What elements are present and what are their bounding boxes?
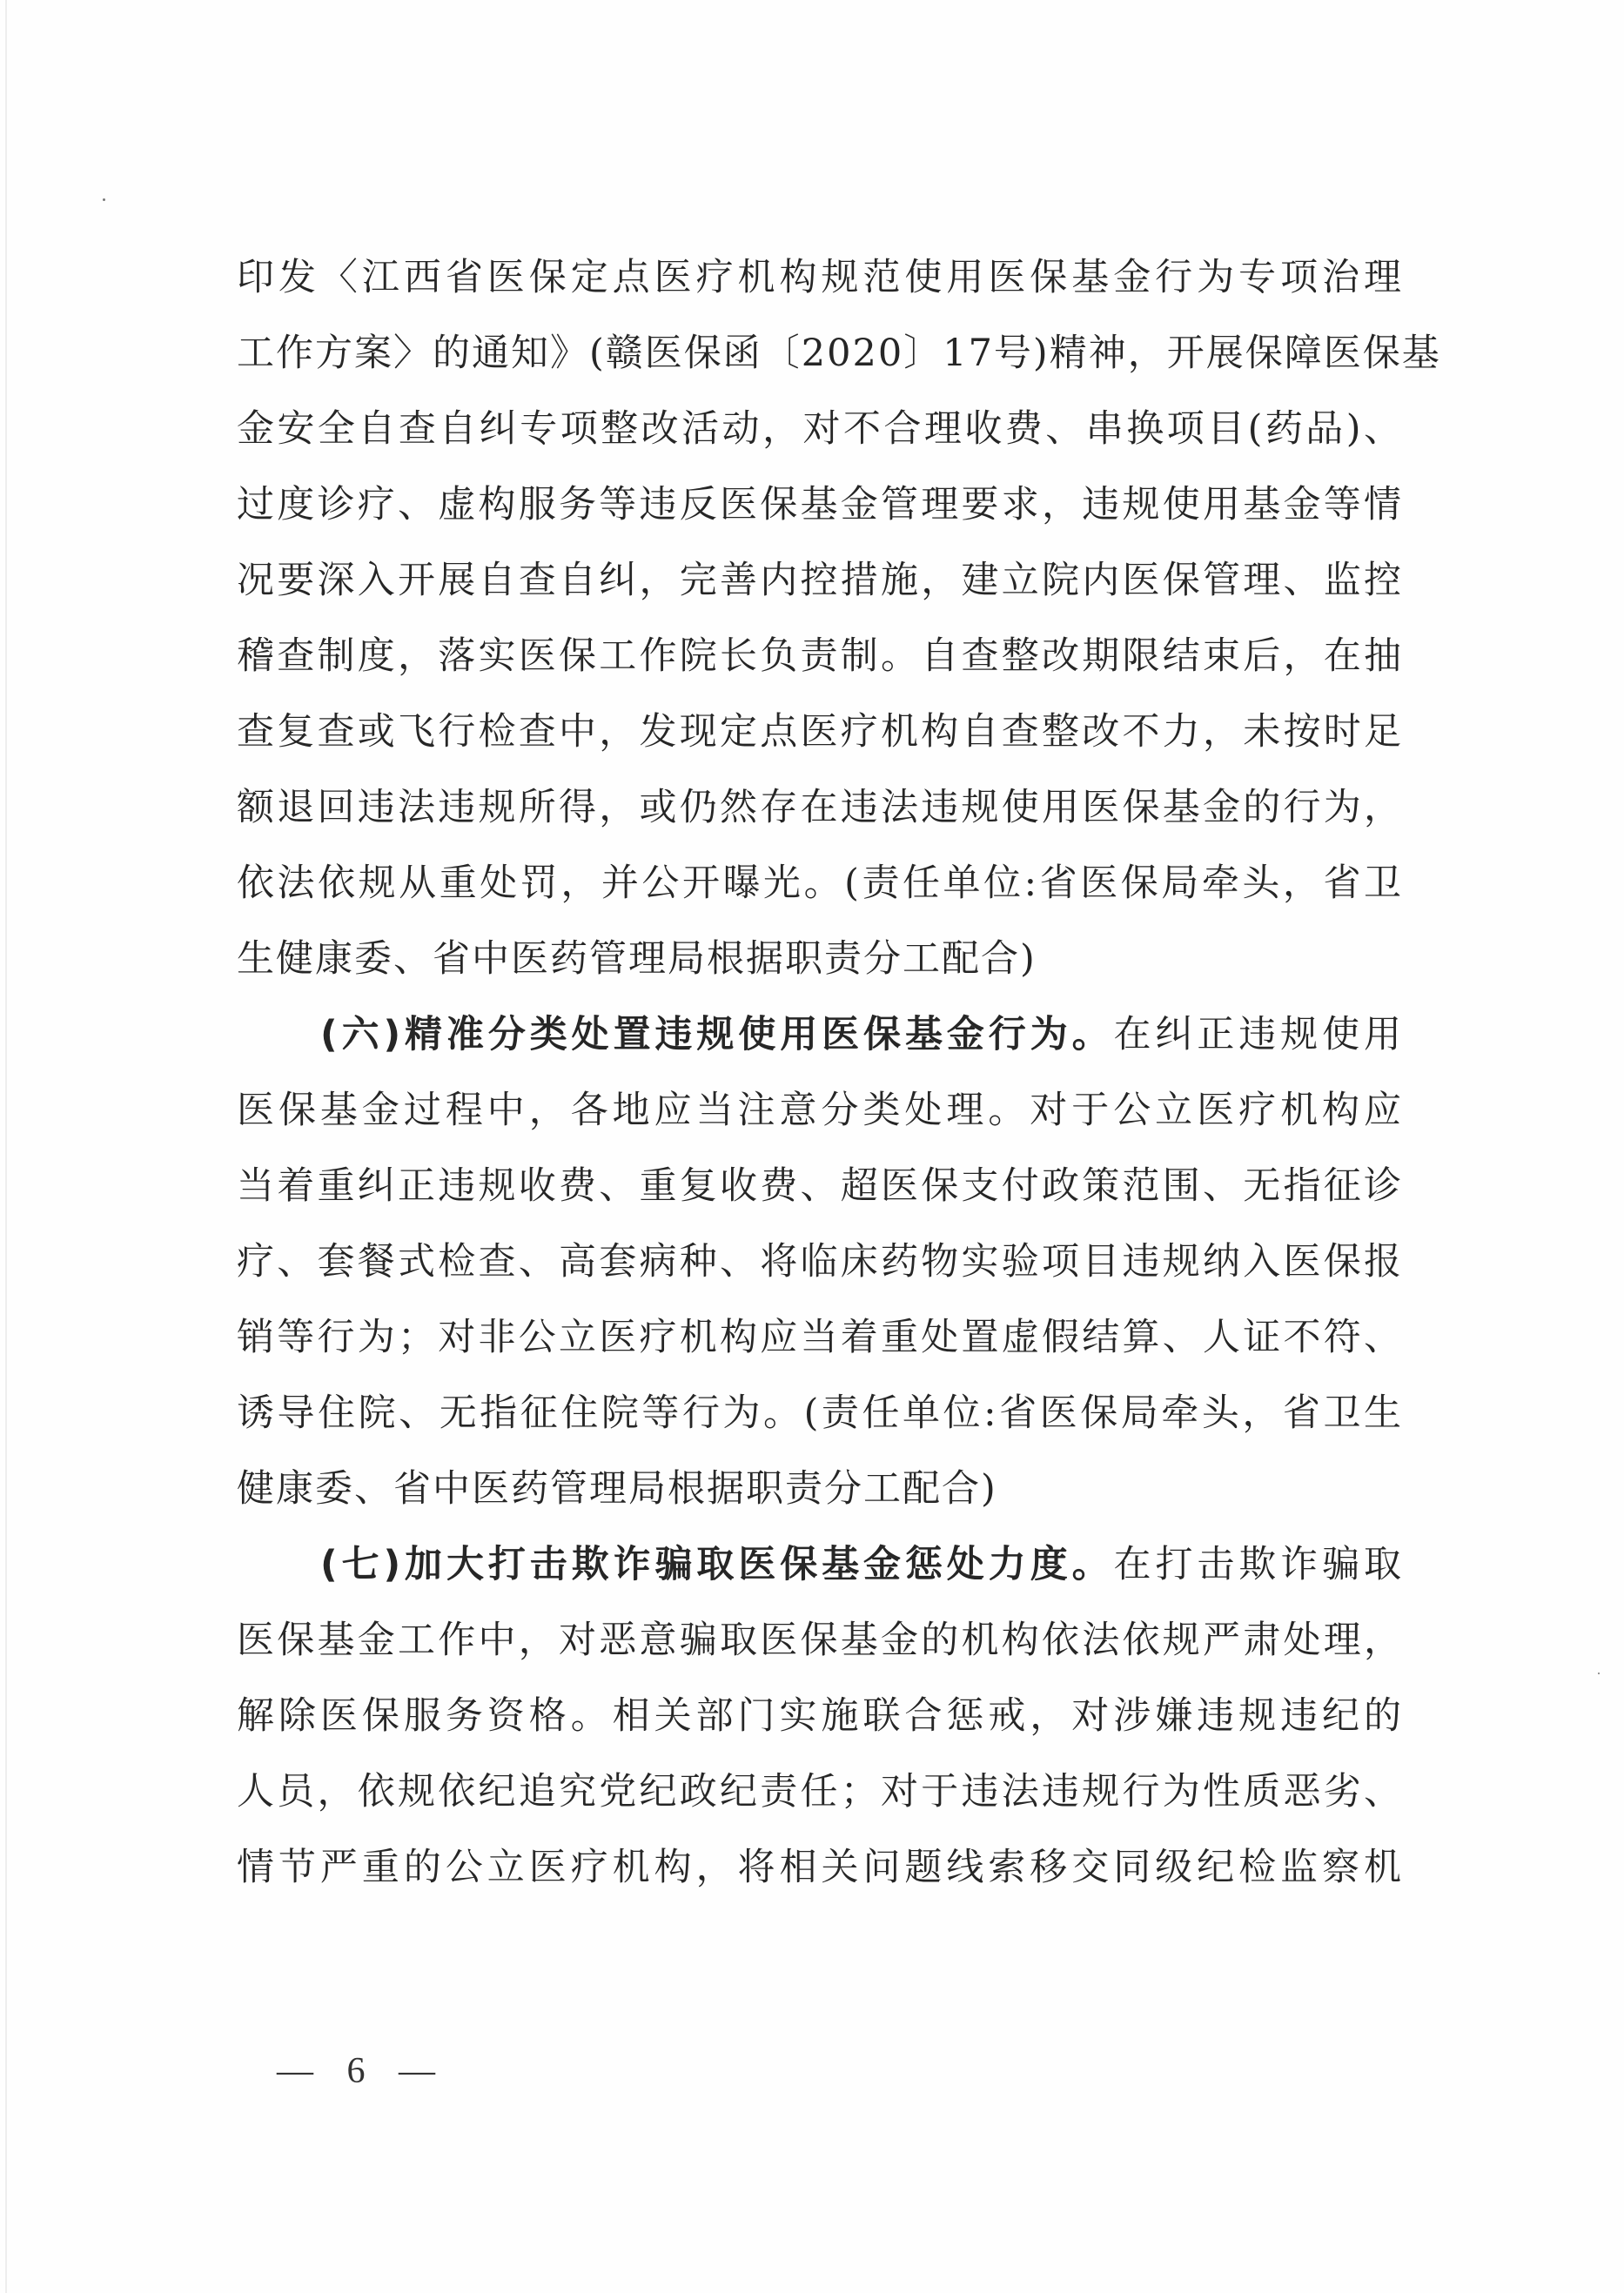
text-line: 健康委、省中医药管理局根据职责分工配合) <box>237 1452 1403 1527</box>
paragraph-six: (六)精准分类处置违规使用医保基金行为。在纠正违规使用 医保基金过程中，各地应当… <box>237 997 1403 1527</box>
text-line: 况要深入开展自查自纠，完善内控措施，建立院内医保管理、监控 <box>237 543 1403 619</box>
paragraph-continuation: 印发〈江西省医保定点医疗机构规范使用医保基金行为专项治理 工作方案〉的通知》(赣… <box>237 240 1403 997</box>
text-line: 解除医保服务资格。相关部门实施联合惩戒，对涉嫌违规违纪的 <box>237 1679 1403 1754</box>
text-line: 依法依规从重处罚，并公开曝光。(责任单位:省医保局牵头，省卫 <box>237 846 1403 922</box>
document-page: 印发〈江西省医保定点医疗机构规范使用医保基金行为专项治理 工作方案〉的通知》(赣… <box>0 0 1624 2293</box>
document-body: 印发〈江西省医保定点医疗机构规范使用医保基金行为专项治理 工作方案〉的通知》(赣… <box>237 240 1403 1906</box>
text-line: 情节严重的公立医疗机构，将相关问题线索移交同级纪检监察机 <box>237 1830 1403 1906</box>
page-number: — 6 — <box>277 2050 447 2092</box>
text-line: 疗、套餐式检查、高套病种、将临床药物实验项目违规纳入医保报 <box>237 1224 1403 1300</box>
section-heading-line: (七)加大打击欺诈骗取医保基金惩处力度。在打击欺诈骗取 <box>237 1527 1403 1603</box>
text-line: 过度诊疗、虚构服务等违反医保基金管理要求，违规使用基金等情 <box>237 467 1403 543</box>
text-line: 工作方案〉的通知》(赣医保函〔2020〕17号)精神，开展保障医保基 <box>237 316 1403 392</box>
text-line: 销等行为；对非公立医疗机构应当着重处置虚假结算、人证不符、 <box>237 1300 1403 1376</box>
section-heading-six: (六)精准分类处置违规使用医保基金行为。 <box>320 1013 1114 1056</box>
scan-speck <box>1598 1673 1600 1674</box>
scan-speck <box>103 198 105 201</box>
text-line: 医保基金工作中，对恶意骗取医保基金的机构依法依规严肃处理， <box>237 1603 1403 1679</box>
section-heading-seven: (七)加大打击欺诈骗取医保基金惩处力度。 <box>320 1543 1114 1586</box>
text-run: 在打击欺诈骗取 <box>1114 1543 1403 1586</box>
text-line: 印发〈江西省医保定点医疗机构规范使用医保基金行为专项治理 <box>237 240 1403 316</box>
text-run: 在纠正违规使用 <box>1114 1013 1403 1056</box>
text-line: 稽查制度，落实医保工作院长负责制。自查整改期限结束后，在抽 <box>237 619 1403 694</box>
text-line: 当着重纠正违规收费、重复收费、超医保支付政策范围、无指征诊 <box>237 1149 1403 1224</box>
scan-edge-shadow <box>5 0 7 2293</box>
text-line: 查复查或飞行检查中，发现定点医疗机构自查整改不力，未按时足 <box>237 694 1403 770</box>
text-line: 生健康委、省中医药管理局根据职责分工配合) <box>237 922 1403 997</box>
text-line: 医保基金过程中，各地应当注意分类处理。对于公立医疗机构应 <box>237 1073 1403 1149</box>
paragraph-seven: (七)加大打击欺诈骗取医保基金惩处力度。在打击欺诈骗取 医保基金工作中，对恶意骗… <box>237 1527 1403 1906</box>
section-heading-line: (六)精准分类处置违规使用医保基金行为。在纠正违规使用 <box>237 997 1403 1073</box>
text-line: 诱导住院、无指征住院等行为。(责任单位:省医保局牵头，省卫生 <box>237 1376 1403 1452</box>
text-line: 额退回违法违规所得，或仍然存在违法违规使用医保基金的行为， <box>237 770 1403 846</box>
text-line: 金安全自查自纠专项整改活动，对不合理收费、串换项目(药品)、 <box>237 392 1403 467</box>
text-line: 人员，依规依纪追究党纪政纪责任；对于违法违规行为性质恶劣、 <box>237 1754 1403 1830</box>
